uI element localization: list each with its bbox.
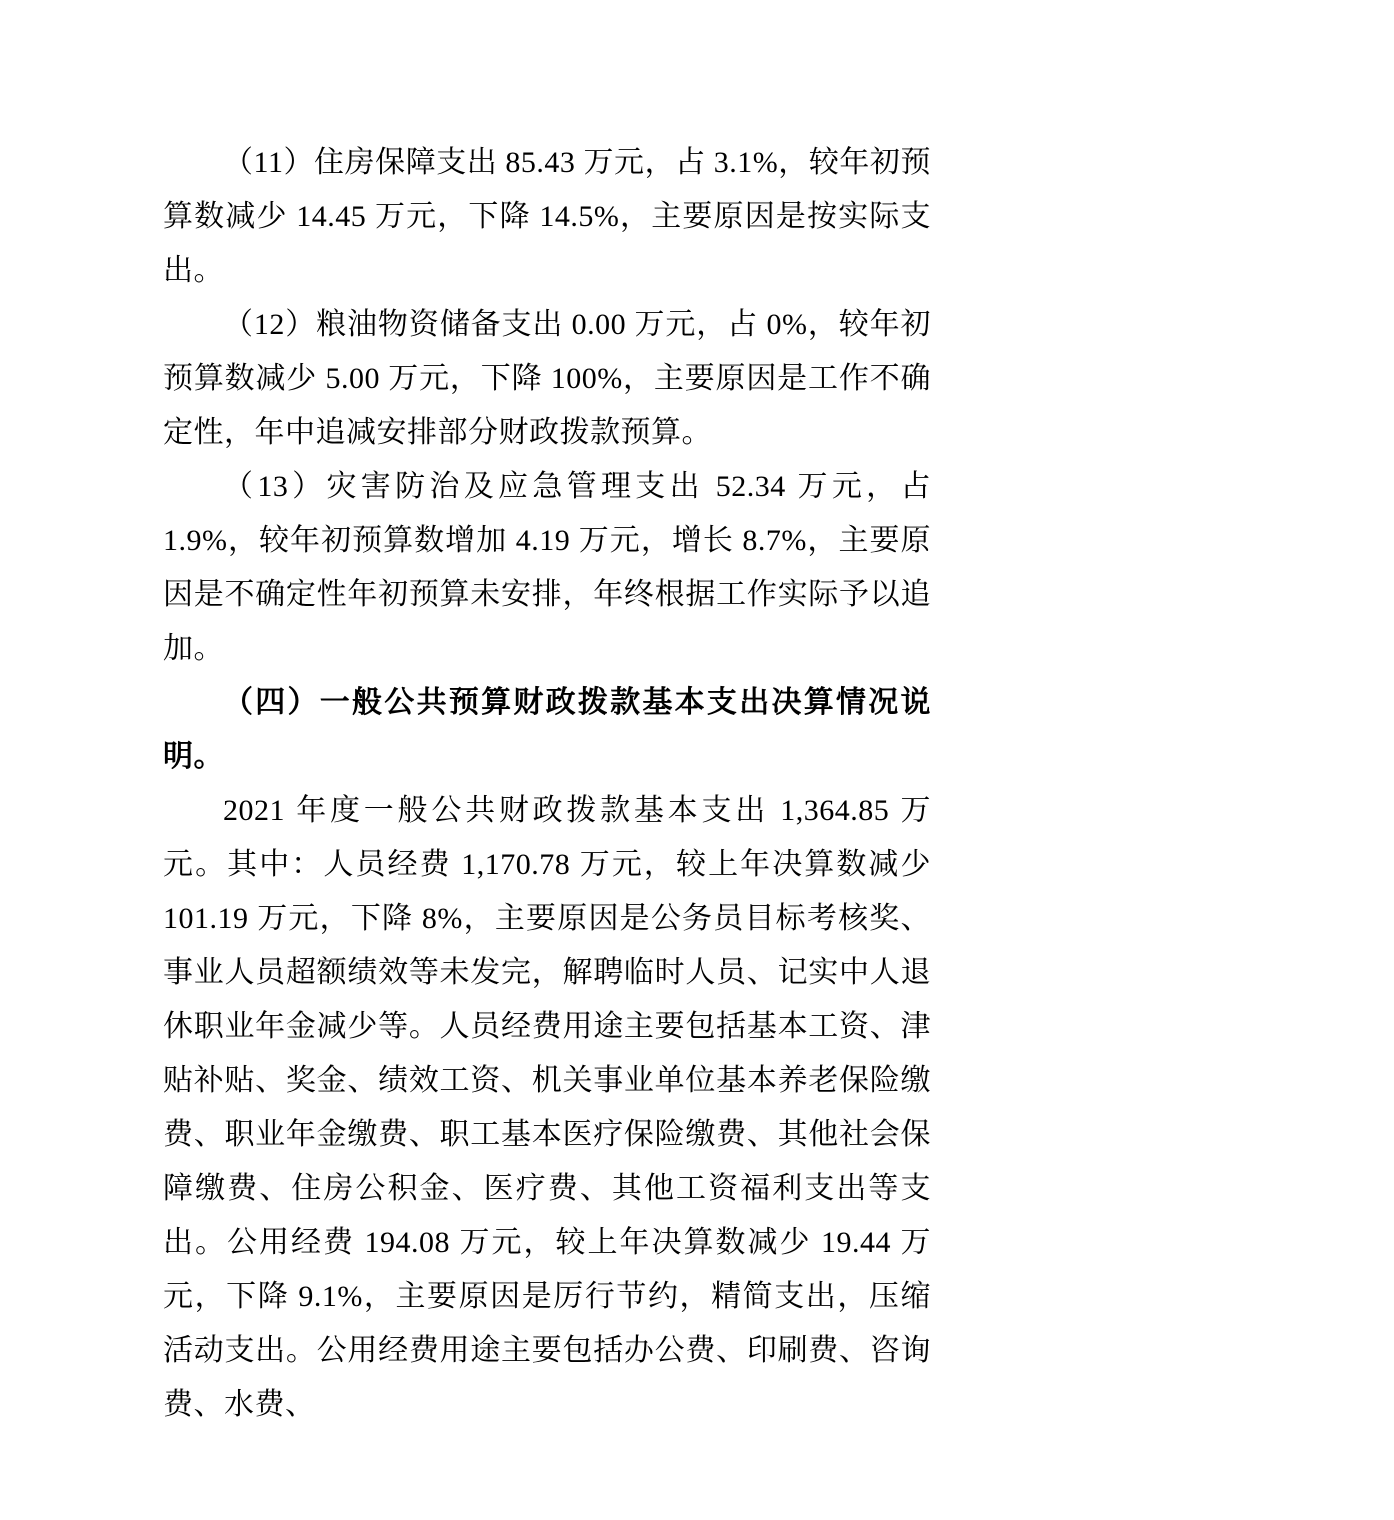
paragraph-item-13: （13）灾害防治及应急管理支出 52.34 万元，占 1.9%，较年初预算数增加… — [163, 460, 931, 676]
paragraph-item-11: （11）住房保障支出 85.43 万元，占 3.1%，较年初预算数减少 14.4… — [163, 136, 931, 298]
section-4-heading: （四）一般公共预算财政拨款基本支出决算情况说明。 — [163, 676, 931, 784]
document-page: （11）住房保障支出 85.43 万元，占 3.1%，较年初预算数减少 14.4… — [163, 136, 931, 1432]
paragraph-item-12: （12）粮油物资储备支出 0.00 万元，占 0%，较年初预算数减少 5.00 … — [163, 298, 931, 460]
section-4-body-paragraph: 2021 年度一般公共财政拨款基本支出 1,364.85 万元。其中：人员经费 … — [163, 784, 931, 1432]
